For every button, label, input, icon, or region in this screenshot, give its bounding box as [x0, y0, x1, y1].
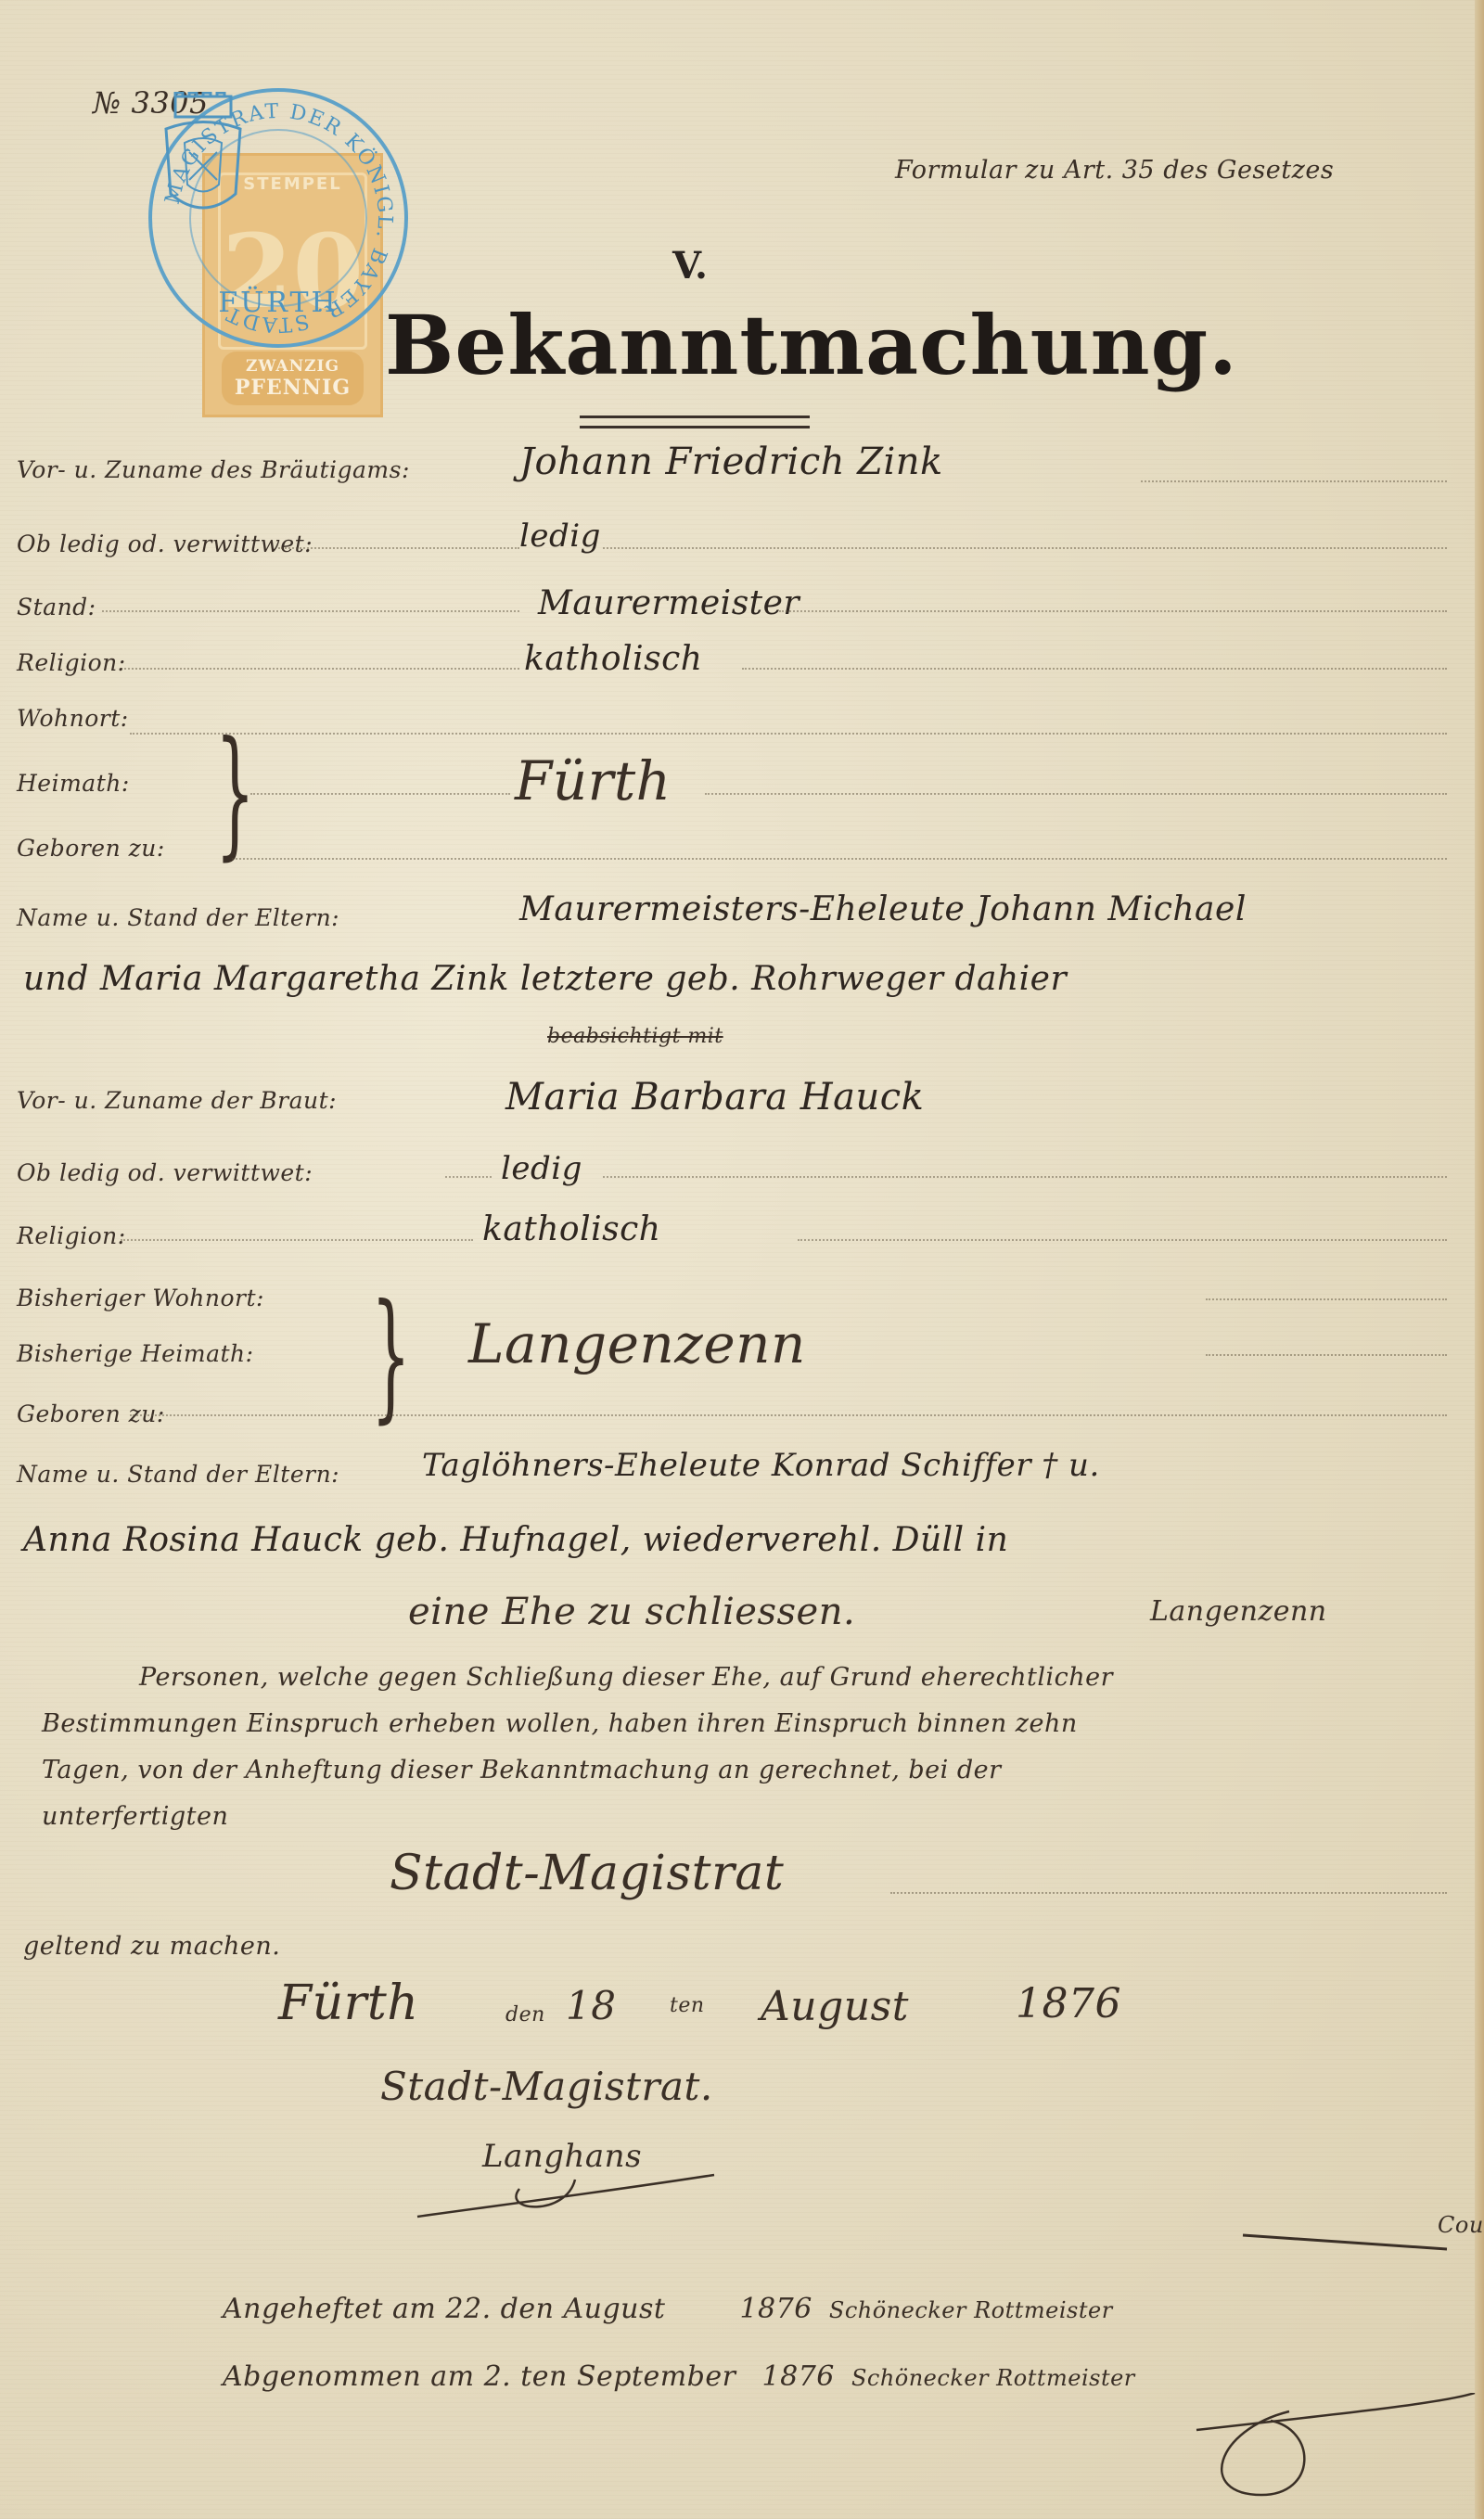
- posting-1-text: Angeheftet am 22. den August: [223, 2293, 665, 2325]
- bride-place-value: Langenzenn: [468, 1312, 806, 1375]
- groom-occupation-label: Stand:: [17, 594, 96, 620]
- posting-line-2: Abgenommen am 2. ten September 1876 Schö…: [223, 2360, 1135, 2393]
- bride-religion-value: katholisch: [482, 1210, 660, 1248]
- seal-city: FÜRTH: [152, 287, 404, 319]
- bride-status-label: Ob ledig od. verwittwet:: [17, 1159, 313, 1186]
- dotted-line: [742, 668, 1447, 670]
- groom-birthplace-label: Geboren zu:: [17, 835, 165, 862]
- groom-occupation-value: Maurermeister: [538, 584, 800, 622]
- signature-authority: Stadt-Magistrat.: [380, 2064, 713, 2109]
- date-ten: ten: [670, 1994, 705, 2017]
- signature-flourish-icon: [408, 2142, 723, 2226]
- dotted-line: [130, 733, 1447, 735]
- bride-parents-line1: Taglöhners-Eheleute Konrad Schiffer † u.: [422, 1447, 1100, 1484]
- bride-status-value: ledig: [501, 1150, 582, 1187]
- coat-of-arms-icon: [152, 92, 254, 231]
- official-seal: MAGISTRAT DER KÖNIGL. BAYER. STADT FÜRTH: [148, 88, 408, 348]
- date-den: den: [505, 2003, 545, 2027]
- dotted-line: [603, 1176, 1447, 1178]
- dotted-line: [779, 610, 1447, 612]
- bride-home-label: Bisherige Heimath:: [17, 1340, 254, 1367]
- notice-line-1: Personen, welche gegen Schließung dieser…: [139, 1665, 1113, 1690]
- bride-residence-label: Bisheriger Wohnort:: [17, 1285, 264, 1311]
- initials-flourish-icon: [1234, 2221, 1456, 2268]
- stamp-line1: ZWANZIG: [222, 352, 364, 376]
- posting-2-text: Abgenommen am 2. ten September: [223, 2360, 736, 2393]
- bride-name-label: Vor- u. Zuname der Braut:: [17, 1087, 337, 1114]
- posting-line-1: Angeheftet am 22. den August 1876 Schöne…: [223, 2293, 1113, 2325]
- page-edge: [1475, 0, 1484, 2519]
- brace-icon: }: [215, 712, 255, 874]
- margin-place-note: Langenzenn: [1150, 1595, 1327, 1628]
- groom-place-value: Fürth: [515, 749, 672, 812]
- date-year: 1876: [1016, 1980, 1121, 2027]
- dotted-line: [121, 668, 519, 670]
- groom-religion-label: Religion:: [17, 649, 126, 676]
- posting-2-by: Schönecker Rottmeister: [851, 2365, 1135, 2391]
- dotted-line: [705, 793, 1447, 795]
- bride-parents-line2: Anna Rosina Hauck geb. Hufnagel, wiederv…: [23, 1521, 1008, 1559]
- posting-signature-flourish-icon: [1178, 2393, 1484, 2513]
- bride-parents-label: Name u. Stand der Eltern:: [17, 1461, 339, 1488]
- dotted-line: [445, 1176, 492, 1178]
- dotted-line: [278, 547, 519, 549]
- brace-icon: }: [371, 1275, 411, 1437]
- document-page: № 3305 STEMPEL 20 ZWANZIG PFENNIG MAGIST…: [0, 0, 1484, 2519]
- dotted-line: [890, 1892, 1447, 1894]
- notice-line-3: Tagen, von der Anheftung dieser Bekanntm…: [42, 1758, 1002, 1783]
- marry-phrase: eine Ehe zu schliessen.: [408, 1591, 855, 1633]
- stamp-line2: PFENNIG: [222, 376, 364, 400]
- bride-name-value: Maria Barbara Hauck: [505, 1076, 924, 1119]
- dotted-line: [130, 1414, 1447, 1416]
- dotted-line: [1206, 1354, 1447, 1356]
- dotted-line: [250, 793, 510, 795]
- dotted-line: [1206, 1298, 1447, 1300]
- groom-status-label: Ob ledig od. verwittwet:: [17, 531, 313, 557]
- posting-1-by: Schönecker Rottmeister: [829, 2297, 1113, 2323]
- intent-note: beabsichtigt mit: [547, 1025, 723, 1048]
- make-known-phrase: geltend zu machen.: [23, 1934, 280, 1959]
- date-month: August: [761, 1983, 909, 2030]
- section-numeral: V.: [672, 244, 708, 288]
- groom-parents-line2: und Maria Margaretha Zink letztere geb. …: [23, 960, 1067, 998]
- page-title: Bekanntmachung.: [385, 297, 1238, 393]
- title-rule: [580, 416, 810, 428]
- posting-1-year: 1876: [739, 2293, 812, 2325]
- groom-name-label: Vor- u. Zuname des Bräutigams:: [17, 456, 410, 483]
- authority-name: Stadt-Magistrat: [390, 1846, 784, 1901]
- posting-2-year: 1876: [762, 2360, 835, 2393]
- dotted-line: [798, 1239, 1447, 1241]
- dotted-line: [121, 1239, 473, 1241]
- groom-residence-label: Wohnort:: [17, 705, 129, 732]
- notice-line-4: unterfertigten: [42, 1804, 228, 1829]
- groom-religion-value: katholisch: [524, 640, 702, 678]
- groom-parents-line1: Maurermeisters-Eheleute Johann Michael: [519, 890, 1247, 928]
- notice-line-2: Bestimmungen Einspruch erheben wollen, h…: [42, 1711, 1078, 1736]
- dotted-line: [232, 858, 1447, 860]
- dotted-line: [102, 610, 519, 612]
- date-day: 18: [566, 1983, 616, 2028]
- groom-status-value: ledig: [519, 518, 601, 555]
- bride-religion-label: Religion:: [17, 1222, 126, 1249]
- header-note: Formular zu Art. 35 des Gesetzes: [895, 156, 1334, 185]
- signature-place: Fürth: [278, 1976, 418, 2031]
- dotted-line: [603, 547, 1447, 549]
- stamp-denomination: ZWANZIG PFENNIG: [222, 352, 364, 405]
- groom-parents-label: Name u. Stand der Eltern:: [17, 904, 339, 931]
- groom-home-label: Heimath:: [17, 770, 130, 797]
- dotted-line: [1141, 480, 1447, 482]
- groom-name-value: Johann Friedrich Zink: [519, 441, 943, 483]
